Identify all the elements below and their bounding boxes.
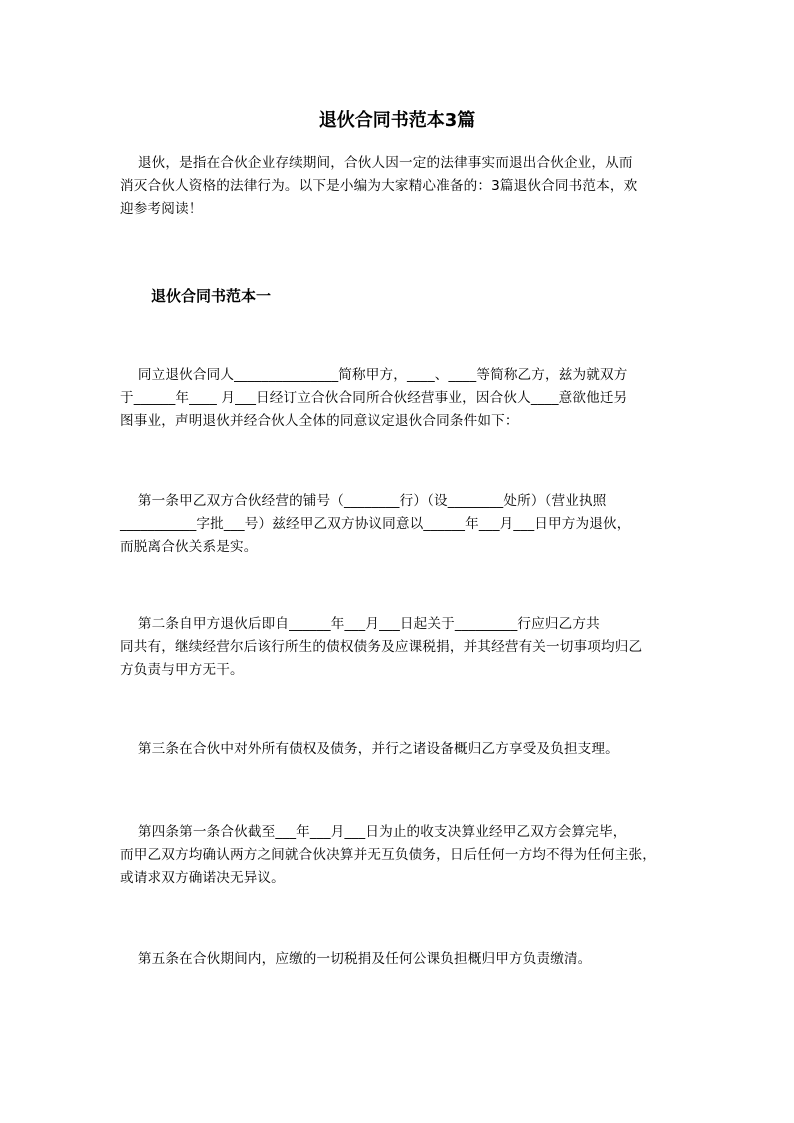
article-3-paragraph: 第三条在合伙中对外所有债权及债务，并行之诸设备概归乙方享受及负担支理。 [120, 738, 680, 761]
text-line: 而甲乙双方均确认两方之间就合伙决算并无互负债务，日后任何一方均不得为任何主张， [120, 844, 680, 867]
text-line: 迎参考阅读！ [120, 198, 680, 221]
text-line: 第二条自甲方退伙后即自______年___月___日起关于_________行应… [120, 613, 680, 636]
article-2-paragraph: 第二条自甲方退伙后即自______年___月___日起关于_________行应… [120, 613, 680, 682]
text-line: 第一条甲乙双方合伙经营的铺号（________行）（设________处所）（营… [120, 490, 680, 513]
document-page: 退伙合同书范本3篇 退伙，是指在合伙企业存续期间，合伙人因一定的法律事实而退出合… [0, 0, 794, 1123]
preamble-paragraph: 同立退伙合同人_______________简称甲方，____、____等简称乙… [120, 364, 680, 433]
document-title: 退伙合同书范本3篇 [0, 106, 794, 132]
text-line: 图事业，声明退伙并经合伙人全体的同意议定退伙合同条件如下： [120, 410, 680, 433]
intro-paragraph: 退伙，是指在合伙企业存续期间，合伙人因一定的法律事实而退出合伙企业，从而 消灭合… [120, 152, 680, 221]
text-line: 于______年____ 月___日经订立合伙合同所合伙经营事业，因合伙人___… [120, 387, 680, 410]
text-line: 或请求双方确诺决无异议。 [120, 867, 680, 890]
section-heading: 退伙合同书范本一 [151, 285, 271, 306]
text-line: 消灭合伙人资格的法律行为。以下是小编为大家精心准备的：3篇退伙合同书范本，欢 [120, 175, 680, 198]
text-line: 同立退伙合同人_______________简称甲方，____、____等简称乙… [120, 364, 680, 387]
text-line: 第三条在合伙中对外所有债权及债务，并行之诸设备概归乙方享受及负担支理。 [120, 738, 680, 761]
article-1-paragraph: 第一条甲乙双方合伙经营的铺号（________行）（设________处所）（营… [120, 490, 680, 559]
article-4-paragraph: 第四条第一条合伙截至___年___月___日为止的收支决算业经甲乙双方会算完毕，… [120, 821, 680, 890]
text-line: 同共有，继续经营尔后该行所生的债权债务及应课税捐，并其经营有关一切事项均归乙 [120, 636, 680, 659]
text-line: ___________字批___号）兹经甲乙双方协议同意以______年___月… [120, 513, 680, 536]
text-line: 方负责与甲方无干。 [120, 659, 680, 682]
text-line: 第四条第一条合伙截至___年___月___日为止的收支决算业经甲乙双方会算完毕， [120, 821, 680, 844]
article-5-paragraph: 第五条在合伙期间内，应缴的一切税捐及任何公课负担概归甲方负责缴清。 [120, 948, 680, 971]
text-line: 而脱离合伙关系是实。 [120, 536, 680, 559]
text-line: 退伙，是指在合伙企业存续期间，合伙人因一定的法律事实而退出合伙企业，从而 [120, 152, 680, 175]
text-line: 第五条在合伙期间内，应缴的一切税捐及任何公课负担概归甲方负责缴清。 [120, 948, 680, 971]
